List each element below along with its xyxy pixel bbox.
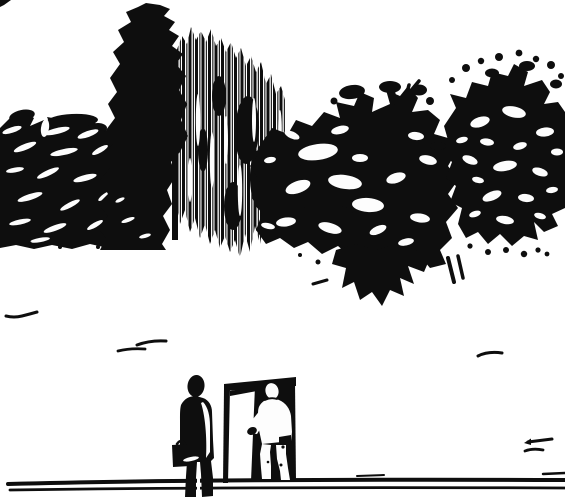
illustration-canvas xyxy=(0,0,565,502)
corner-mark xyxy=(0,0,11,7)
entering-figure-front-leg xyxy=(260,444,271,479)
door-left-post xyxy=(223,388,230,483)
dash-center xyxy=(313,280,327,284)
dash-lowright-lower xyxy=(525,449,543,451)
dash-mid-upper xyxy=(137,341,166,345)
dash-lowright-upper xyxy=(528,439,552,442)
dash-mid-lower xyxy=(118,349,145,351)
briefcase xyxy=(172,444,190,467)
dash-left xyxy=(6,312,37,317)
dash-right xyxy=(478,352,502,356)
right-canopy xyxy=(430,50,565,258)
standing-man-head xyxy=(186,374,205,398)
canopy-drip xyxy=(332,244,430,306)
standing-man xyxy=(172,374,214,497)
ink-illustration: Ink illustration of a park scene: dense … xyxy=(0,0,565,502)
ground-line-lower xyxy=(10,488,565,490)
legs-gap xyxy=(197,464,200,492)
dash-arrowhead xyxy=(524,439,531,446)
ditto-bars xyxy=(448,258,454,282)
